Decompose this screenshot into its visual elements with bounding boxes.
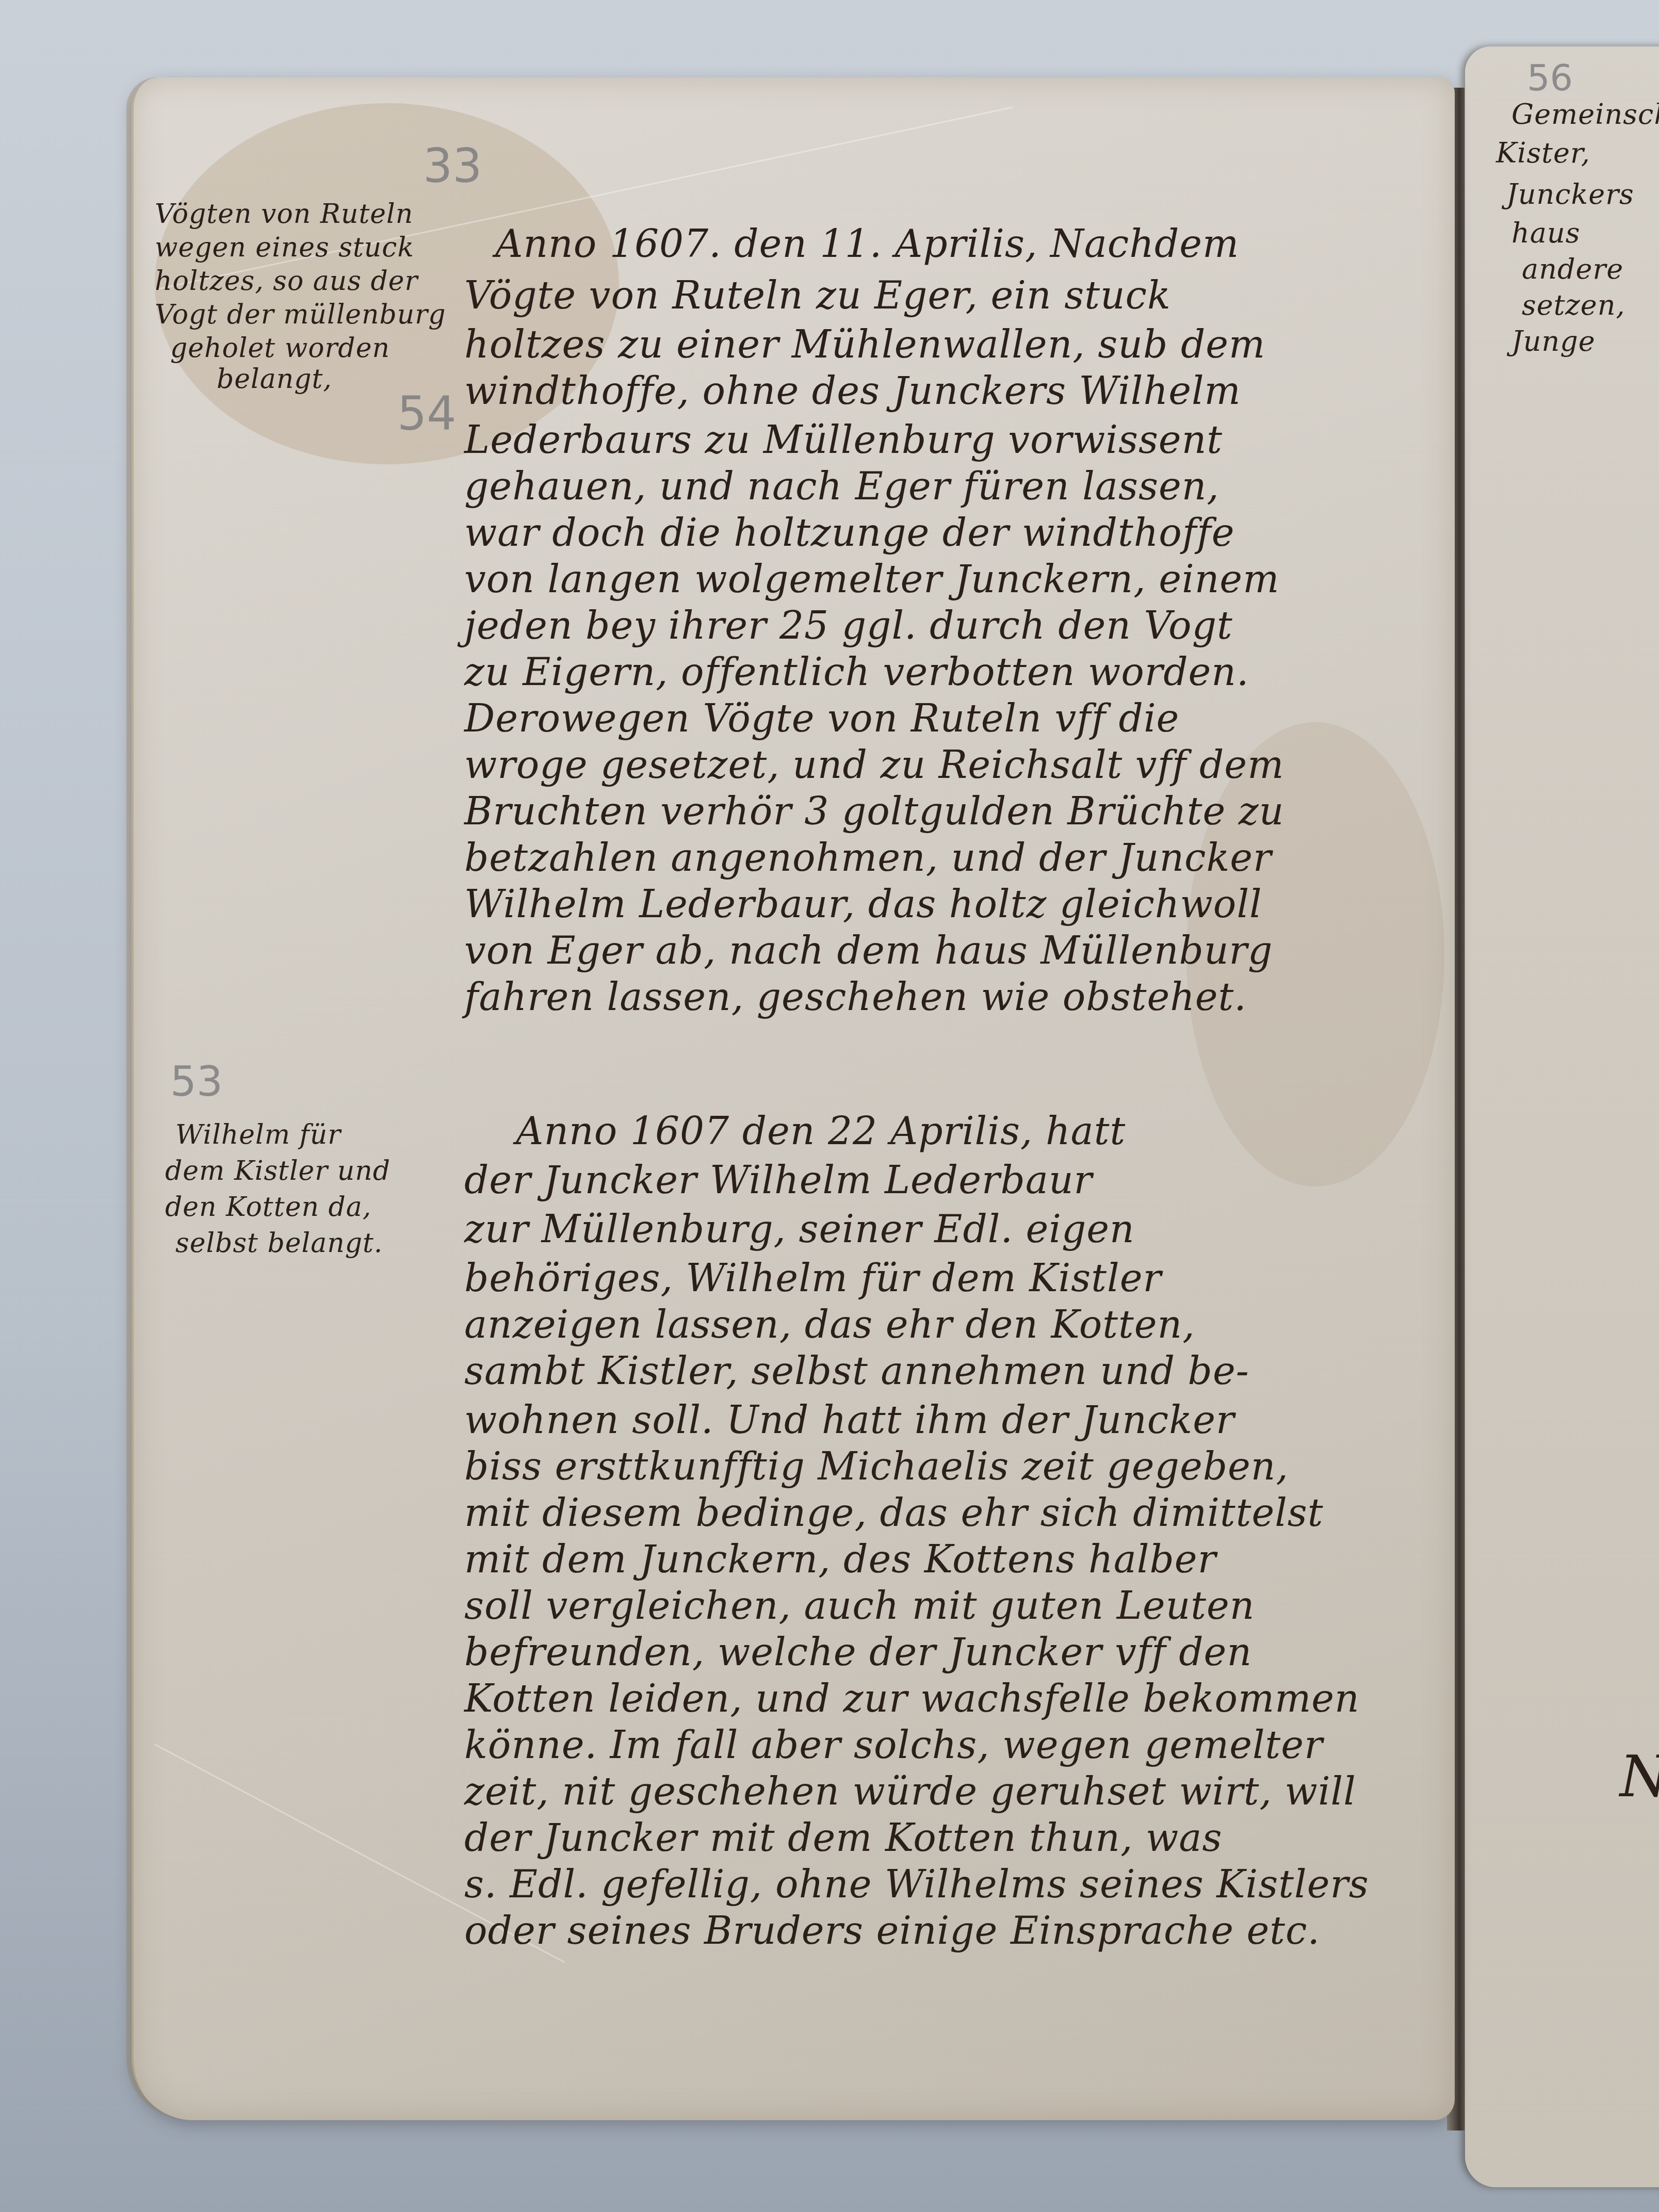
margin-note-line: geholet worden bbox=[170, 333, 390, 364]
text-line: holtzes zu einer Mühlenwallen, sub dem bbox=[464, 322, 1265, 367]
text-line: sambt Kistler, selbst annehmen und be- bbox=[464, 1349, 1249, 1393]
text-line: wroge gesetzet, und zu Reichsalt vff dem bbox=[464, 743, 1284, 787]
text-line: Anno 1607. den 11. Aprilis, Nachdem bbox=[495, 222, 1239, 266]
text-line: gehauen, und nach Eger füren lassen, bbox=[464, 464, 1219, 509]
text-line: s. Edl. gefellig, ohne Wilhelms seines K… bbox=[464, 1862, 1369, 1907]
facing-page-line: Kister, bbox=[1496, 137, 1590, 169]
margin-note-line: Vögten von Ruteln bbox=[155, 199, 413, 230]
text-line: biss ersttkunfftig Michaelis zeit gegebe… bbox=[464, 1444, 1289, 1489]
facing-page-line: Junge bbox=[1511, 325, 1596, 357]
text-line: mit diesem bedinge, das ehr sich dimitte… bbox=[464, 1491, 1324, 1535]
text-line: zu Eigern, offentlich verbotten worden. bbox=[464, 650, 1249, 694]
text-line: Anno 1607 den 22 Aprilis, hatt bbox=[516, 1109, 1126, 1153]
folio-number-pencil: 54 bbox=[397, 387, 457, 441]
facing-page-letter: N bbox=[1620, 1744, 1659, 1810]
text-line: der Juncker Wilhelm Lederbaur bbox=[464, 1158, 1093, 1202]
margin-note-line: den Kotten da, bbox=[165, 1192, 371, 1223]
text-line: Derowegen Vögte von Ruteln vff die bbox=[464, 696, 1179, 741]
text-line: fahren lassen, geschehen wie obstehet. bbox=[464, 975, 1247, 1019]
facing-page-line: setzen, bbox=[1522, 289, 1625, 321]
text-line: behöriges, Wilhelm für dem Kistler bbox=[464, 1256, 1162, 1300]
text-line: soll vergleichen, auch mit guten Leuten bbox=[464, 1584, 1255, 1628]
text-line: windthoffe, ohne des Junckers Wilhelm bbox=[464, 369, 1241, 413]
margin-note-line: holtzes, so aus der bbox=[155, 266, 418, 297]
facing-page-folio-number: 56 bbox=[1527, 57, 1573, 99]
margin-note-line: selbst belangt. bbox=[175, 1228, 383, 1259]
text-line: wohnen soll. Und hatt ihm der Juncker bbox=[464, 1398, 1234, 1442]
facing-page-line: haus bbox=[1511, 217, 1580, 249]
text-line: der Juncker mit dem Kotten thun, was bbox=[464, 1816, 1222, 1860]
margin-note-line: Wilhelm für bbox=[175, 1119, 341, 1150]
text-line: zeit, nit geschehen würde geruhset wirt,… bbox=[464, 1769, 1356, 1814]
text-line: von Eger ab, nach dem haus Müllenburg bbox=[464, 929, 1273, 973]
text-line: Kotten leiden, und zur wachsfelle bekomm… bbox=[464, 1677, 1360, 1721]
text-line: könne. Im fall aber solchs, wegen gemelt… bbox=[464, 1723, 1323, 1767]
margin-note-line: wegen eines stuck bbox=[155, 232, 414, 263]
folio-number-pencil: 33 bbox=[423, 139, 482, 193]
text-line: Vögte von Ruteln zu Eger, ein stuck bbox=[464, 273, 1171, 318]
text-line: befreunden, welche der Juncker vff den bbox=[464, 1630, 1252, 1674]
text-line: Bruchten verhör 3 goltgulden Brüchte zu bbox=[464, 789, 1284, 834]
margin-note-line: dem Kistler und bbox=[165, 1156, 391, 1186]
folio-number-pencil: 53 bbox=[170, 1058, 223, 1105]
facing-page: 56 Gemeinsch Kister, Junckers haus ander… bbox=[1465, 46, 1659, 2187]
text-line: Wilhelm Lederbaur, das holtz gleichwoll bbox=[464, 882, 1262, 926]
text-line: mit dem Junckern, des Kottens halber bbox=[464, 1537, 1216, 1582]
facing-page-line: Gemeinsch bbox=[1511, 98, 1659, 131]
text-line: oder seines Bruders einige Einsprache et… bbox=[464, 1909, 1320, 1953]
text-line: betzahlen angenohmen, und der Juncker bbox=[464, 836, 1272, 880]
text-line: Lederbaurs zu Müllenburg vorwissent bbox=[464, 418, 1223, 462]
text-line: war doch die holtzunge der windthoffe bbox=[464, 511, 1234, 555]
text-line: jeden bey ihrer 25 ggl. durch den Vogt bbox=[464, 604, 1233, 648]
text-line: zur Müllenburg, seiner Edl. eigen bbox=[464, 1207, 1135, 1251]
text-line: anzeigen lassen, das ehr den Kotten, bbox=[464, 1303, 1195, 1347]
margin-note-line: belangt, bbox=[217, 364, 332, 395]
facing-page-line: Junckers bbox=[1506, 178, 1634, 210]
margin-note-line: Vogt der müllenburg bbox=[155, 299, 446, 330]
facing-page-line: andere bbox=[1522, 253, 1623, 285]
text-line: von langen wolgemelter Junckern, einem bbox=[464, 557, 1279, 601]
